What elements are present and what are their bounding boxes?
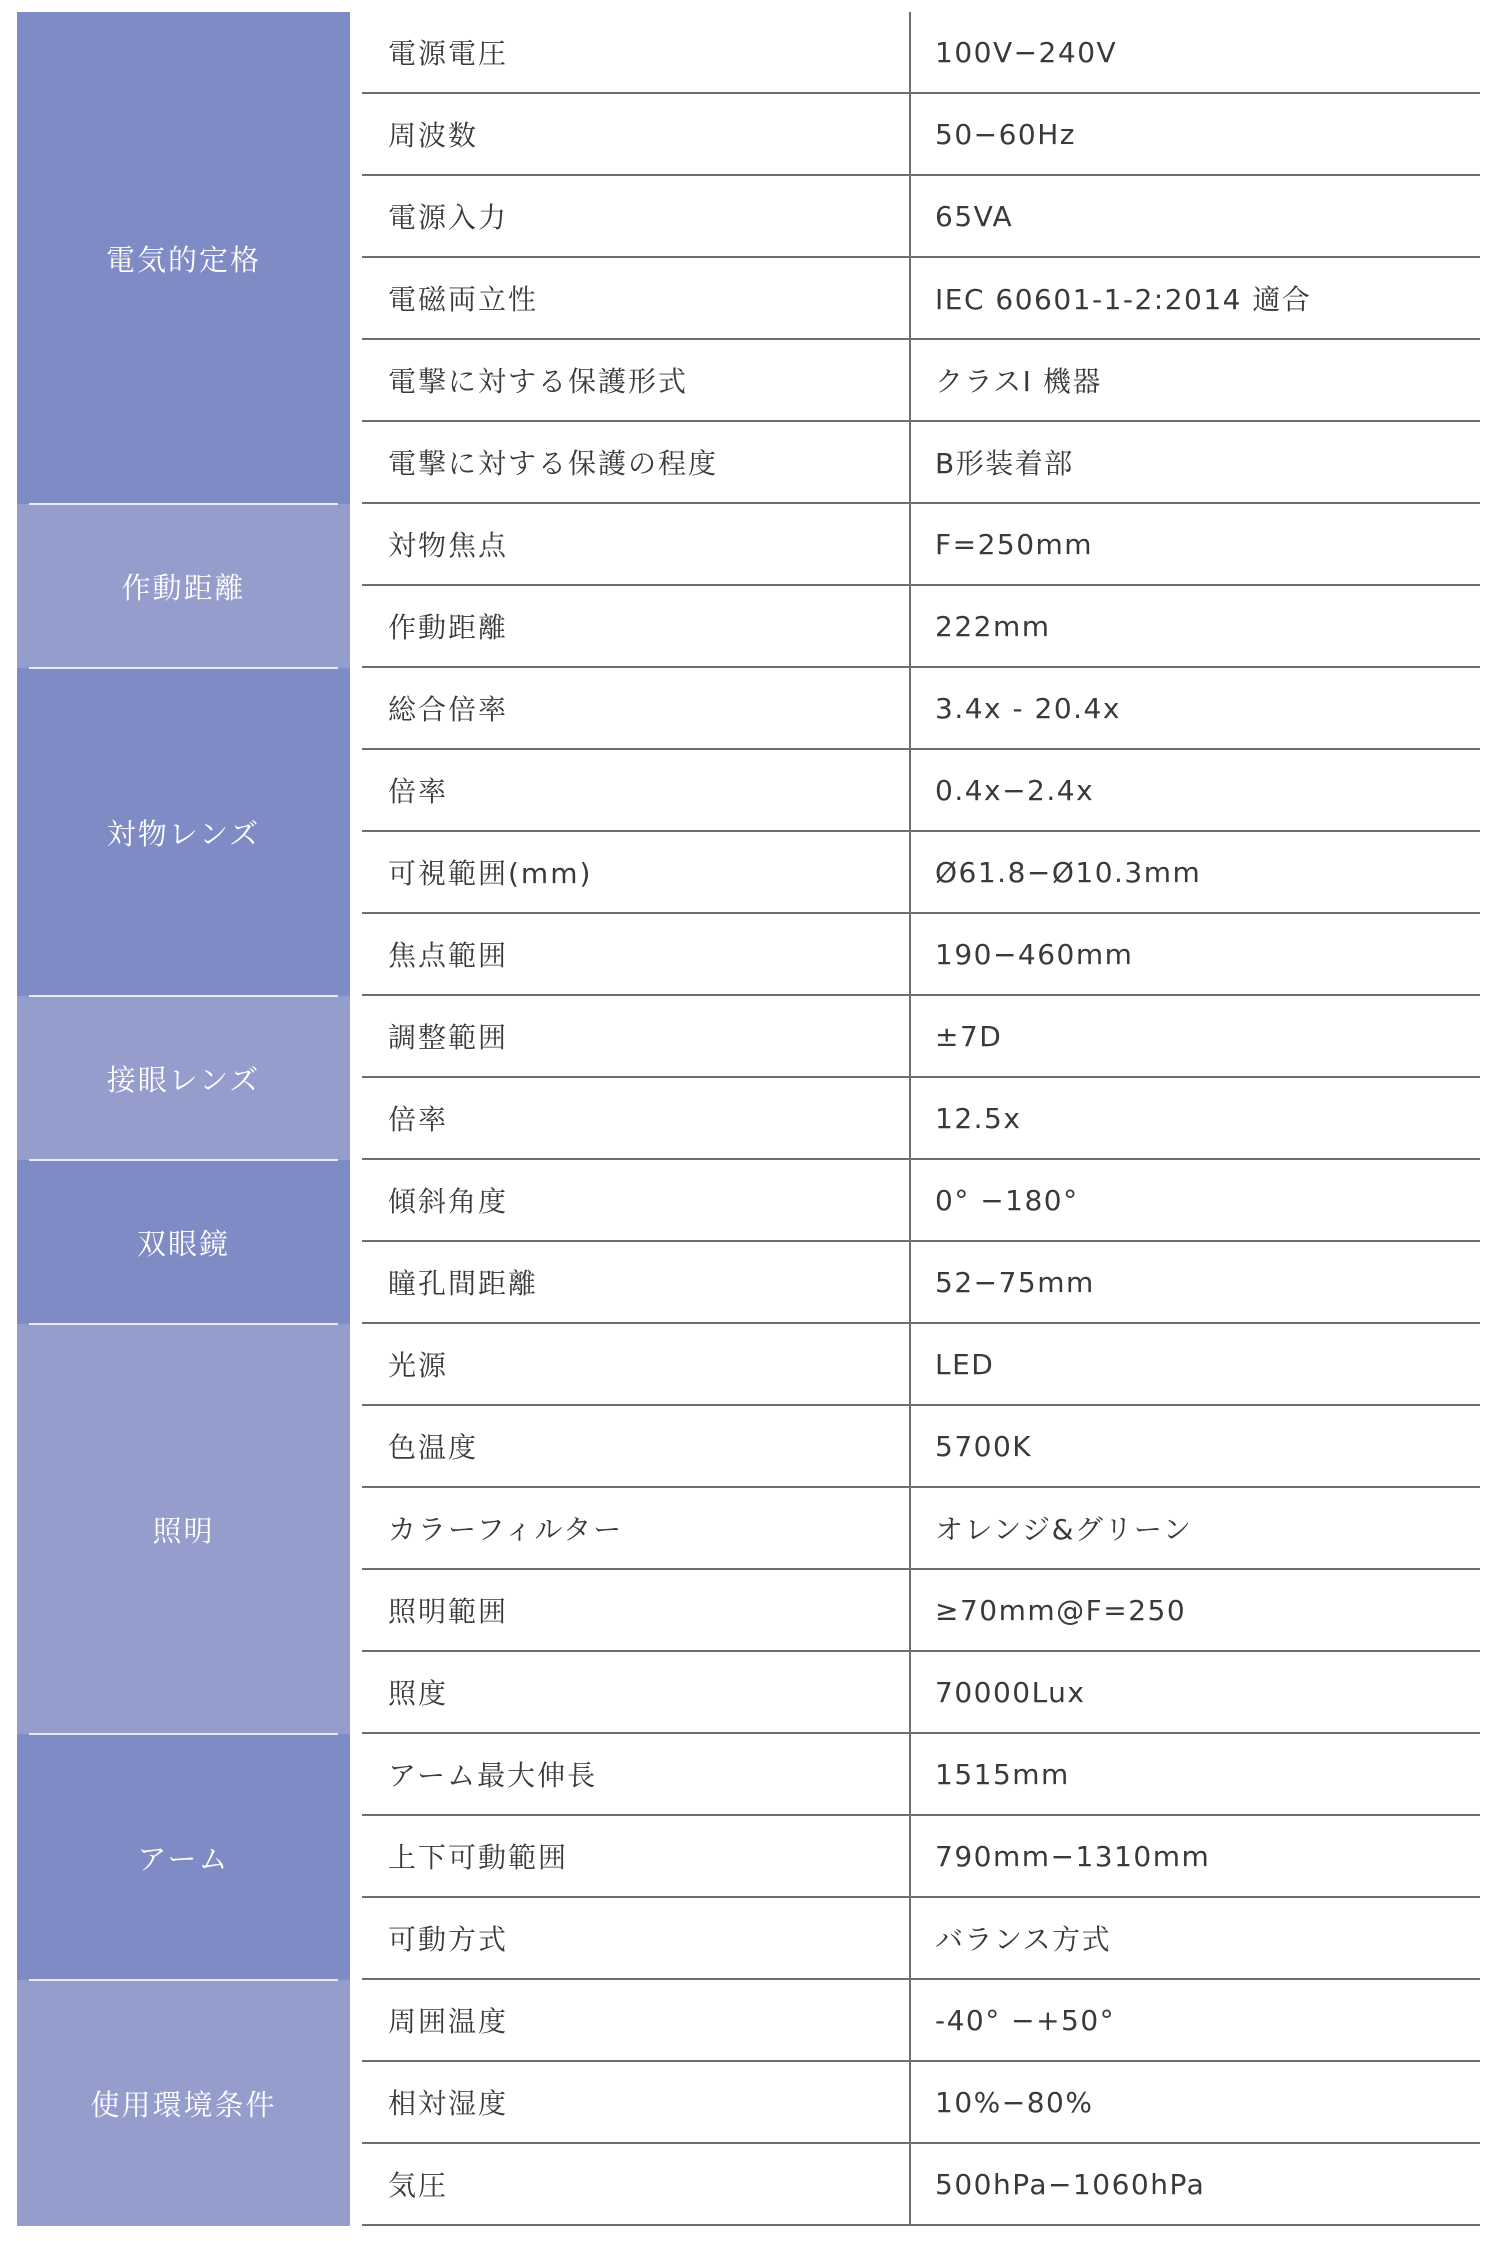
spec-label: 光源 <box>362 1324 911 1404</box>
spec-label: 可動方式 <box>362 1898 911 1978</box>
table-row: 相対湿度10%−80% <box>362 2062 1480 2144</box>
category-header: 接眼レンズ <box>17 996 350 1160</box>
spec-rows: 対物焦点F=250mm作動距離222mm <box>362 504 1480 668</box>
table-row: 可動方式バランス方式 <box>362 1898 1480 1980</box>
spec-label: 色温度 <box>362 1406 911 1486</box>
spec-label: 電撃に対する保護形式 <box>362 340 911 420</box>
spec-label: 照明範囲 <box>362 1570 911 1650</box>
spec-label: 調整範囲 <box>362 996 911 1076</box>
spec-label: 傾斜角度 <box>362 1160 911 1240</box>
spec-group: 照明光源LED色温度5700Kカラーフィルターオレンジ&グリーン照明範囲≥70m… <box>17 1324 1480 1734</box>
spec-label: 相対湿度 <box>362 2062 911 2142</box>
table-row: 焦点範囲190−460mm <box>362 914 1480 996</box>
spec-rows: アーム最大伸長1515mm上下可動範囲790mm−1310mm可動方式バランス方… <box>362 1734 1480 1980</box>
table-row: 照明範囲≥70mm@F=250 <box>362 1570 1480 1652</box>
table-row: カラーフィルターオレンジ&グリーン <box>362 1488 1480 1570</box>
spec-value: 0° −180° <box>911 1184 1480 1217</box>
spec-value: F=250mm <box>911 528 1480 561</box>
spec-value: 70000Lux <box>911 1676 1480 1709</box>
spec-value: ≥70mm@F=250 <box>911 1594 1480 1627</box>
table-row: 可視範囲(mm)Ø61.8−Ø10.3mm <box>362 832 1480 914</box>
table-row: 電源電圧100V−240V <box>362 12 1480 94</box>
table-row: 作動距離222mm <box>362 586 1480 668</box>
spec-value: クラスI 機器 <box>911 360 1480 400</box>
category-header: 双眼鏡 <box>17 1160 350 1324</box>
spec-value: ±7D <box>911 1020 1480 1053</box>
category-header: 対物レンズ <box>17 668 350 996</box>
spec-rows: 調整範囲±7D倍率12.5x <box>362 996 1480 1160</box>
spec-group: 双眼鏡傾斜角度0° −180°瞳孔間距離52−75mm <box>17 1160 1480 1324</box>
spec-value: B形装着部 <box>911 442 1480 482</box>
spec-value: 52−75mm <box>911 1266 1480 1299</box>
spec-group: アームアーム最大伸長1515mm上下可動範囲790mm−1310mm可動方式バラ… <box>17 1734 1480 1980</box>
spec-value: 0.4x−2.4x <box>911 774 1480 807</box>
spec-group: 作動距離対物焦点F=250mm作動距離222mm <box>17 504 1480 668</box>
spec-label: 作動距離 <box>362 586 911 666</box>
table-row: 照度70000Lux <box>362 1652 1480 1734</box>
spec-label: 照度 <box>362 1652 911 1732</box>
spec-value: 100V−240V <box>911 36 1480 69</box>
spec-label: 周波数 <box>362 94 911 174</box>
table-row: 瞳孔間距離52−75mm <box>362 1242 1480 1324</box>
spec-rows: 周囲温度-40° −+50°相対湿度10%−80%気圧500hPa−1060hP… <box>362 1980 1480 2226</box>
spec-value: Ø61.8−Ø10.3mm <box>911 856 1480 889</box>
spec-group: 電気的定格電源電圧100V−240V周波数50−60Hz電源入力65VA電磁両立… <box>17 12 1480 504</box>
table-row: 上下可動範囲790mm−1310mm <box>362 1816 1480 1898</box>
spec-value: オレンジ&グリーン <box>911 1508 1480 1548</box>
spec-label: 電源入力 <box>362 176 911 256</box>
spec-value: 500hPa−1060hPa <box>911 2168 1480 2201</box>
spec-label: 上下可動範囲 <box>362 1816 911 1896</box>
spec-table: 電気的定格電源電圧100V−240V周波数50−60Hz電源入力65VA電磁両立… <box>17 12 1480 2226</box>
spec-label: 総合倍率 <box>362 668 911 748</box>
spec-value: LED <box>911 1348 1480 1381</box>
table-row: 総合倍率3.4x - 20.4x <box>362 668 1480 750</box>
table-row: 電撃に対する保護形式クラスI 機器 <box>362 340 1480 422</box>
spec-value: 1515mm <box>911 1758 1480 1791</box>
table-row: 電撃に対する保護の程度B形装着部 <box>362 422 1480 504</box>
spec-label: 可視範囲(mm) <box>362 832 911 912</box>
spec-label: 気圧 <box>362 2144 911 2224</box>
table-row: アーム最大伸長1515mm <box>362 1734 1480 1816</box>
spec-label: 周囲温度 <box>362 1980 911 2060</box>
table-row: 対物焦点F=250mm <box>362 504 1480 586</box>
spec-label: 電磁両立性 <box>362 258 911 338</box>
table-row: 電磁両立性IEC 60601-1-2:2014 適合 <box>362 258 1480 340</box>
spec-value: -40° −+50° <box>911 2004 1480 2037</box>
spec-rows: 光源LED色温度5700Kカラーフィルターオレンジ&グリーン照明範囲≥70mm@… <box>362 1324 1480 1734</box>
spec-rows: 電源電圧100V−240V周波数50−60Hz電源入力65VA電磁両立性IEC … <box>362 12 1480 504</box>
spec-value: 5700K <box>911 1430 1480 1463</box>
spec-value: 10%−80% <box>911 2086 1480 2119</box>
table-row: 傾斜角度0° −180° <box>362 1160 1480 1242</box>
spec-label: 倍率 <box>362 750 911 830</box>
spec-value: IEC 60601-1-2:2014 適合 <box>911 278 1480 318</box>
spec-label: 電撃に対する保護の程度 <box>362 422 911 502</box>
spec-label: 倍率 <box>362 1078 911 1158</box>
spec-value: 65VA <box>911 200 1480 233</box>
table-row: 調整範囲±7D <box>362 996 1480 1078</box>
category-header: 照明 <box>17 1324 350 1734</box>
table-row: 光源LED <box>362 1324 1480 1406</box>
spec-value: 790mm−1310mm <box>911 1840 1480 1873</box>
spec-rows: 傾斜角度0° −180°瞳孔間距離52−75mm <box>362 1160 1480 1324</box>
spec-group: 接眼レンズ調整範囲±7D倍率12.5x <box>17 996 1480 1160</box>
table-row: 倍率12.5x <box>362 1078 1480 1160</box>
spec-label: 瞳孔間距離 <box>362 1242 911 1322</box>
spec-label: 焦点範囲 <box>362 914 911 994</box>
table-row: 色温度5700K <box>362 1406 1480 1488</box>
spec-value: 50−60Hz <box>911 118 1480 151</box>
spec-label: カラーフィルター <box>362 1488 911 1568</box>
spec-label: 電源電圧 <box>362 12 911 92</box>
table-row: 周囲温度-40° −+50° <box>362 1980 1480 2062</box>
spec-group: 使用環境条件周囲温度-40° −+50°相対湿度10%−80%気圧500hPa−… <box>17 1980 1480 2226</box>
spec-group: 対物レンズ総合倍率3.4x - 20.4x倍率0.4x−2.4x可視範囲(mm)… <box>17 668 1480 996</box>
table-row: 周波数50−60Hz <box>362 94 1480 176</box>
category-header: 作動距離 <box>17 504 350 668</box>
spec-value: バランス方式 <box>911 1918 1480 1958</box>
table-row: 電源入力65VA <box>362 176 1480 258</box>
spec-value: 222mm <box>911 610 1480 643</box>
table-row: 気圧500hPa−1060hPa <box>362 2144 1480 2226</box>
spec-label: アーム最大伸長 <box>362 1734 911 1814</box>
category-header: アーム <box>17 1734 350 1980</box>
category-header: 電気的定格 <box>17 12 350 504</box>
spec-value: 190−460mm <box>911 938 1480 971</box>
spec-value: 12.5x <box>911 1102 1480 1135</box>
spec-value: 3.4x - 20.4x <box>911 692 1480 725</box>
spec-label: 対物焦点 <box>362 504 911 584</box>
category-header: 使用環境条件 <box>17 1980 350 2226</box>
table-row: 倍率0.4x−2.4x <box>362 750 1480 832</box>
spec-rows: 総合倍率3.4x - 20.4x倍率0.4x−2.4x可視範囲(mm)Ø61.8… <box>362 668 1480 996</box>
